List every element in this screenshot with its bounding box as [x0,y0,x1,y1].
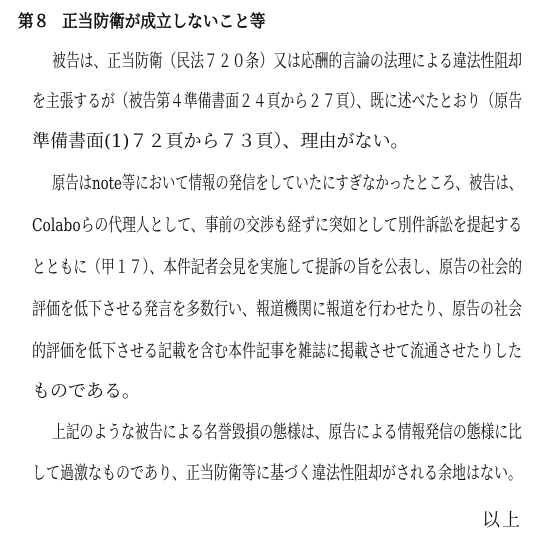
text-line: 準備書面(1)７２頁から７３頁）、理由がない。 [32,130,409,154]
text-line: を主張するが（被告第４準備書面２４頁から２７頁）、既に述べたとおり（原告 [32,90,522,114]
text-line: 被告は、正当防衛（民法７２０条）又は応酬的言論の法理による違法性阻却 [52,50,522,74]
section-heading: 第８正当防衛が成立しないこと等 [18,7,265,32]
text-line: 原告はnote等において情報の発信をしていたにすぎなかったところ、被告は、 [52,172,522,196]
text-line: して過激なものであり、正当防衛等に基づく違法性阻却がされる余地はない。 [32,462,522,486]
section-number: 第８ [18,12,49,32]
text-line: とともに（甲１７）、本件記者会見を実施して提訴の旨を公表し、原告の社会的 [32,256,522,280]
text-line: ものである。 [32,380,140,404]
closing-mark: 以上 [482,509,522,533]
text-line: 評価を低下させる発言を多数行い、報道機関に報道を行わせたり、原告の社会 [32,298,522,322]
section-title: 正当防衛が成立しないこと等 [62,12,265,32]
text-line: 的評価を低下させる記載を含む本件記事を雑誌に掲載させて流通させたりした [32,340,522,364]
text-line: Colaboらの代理人として、事前の交渉も経ずに突如として別件訴訟を提起する [32,214,522,238]
text-line: 上記のような被告による名誉毀損の態様は、原告による情報発信の態様に比 [52,421,522,445]
